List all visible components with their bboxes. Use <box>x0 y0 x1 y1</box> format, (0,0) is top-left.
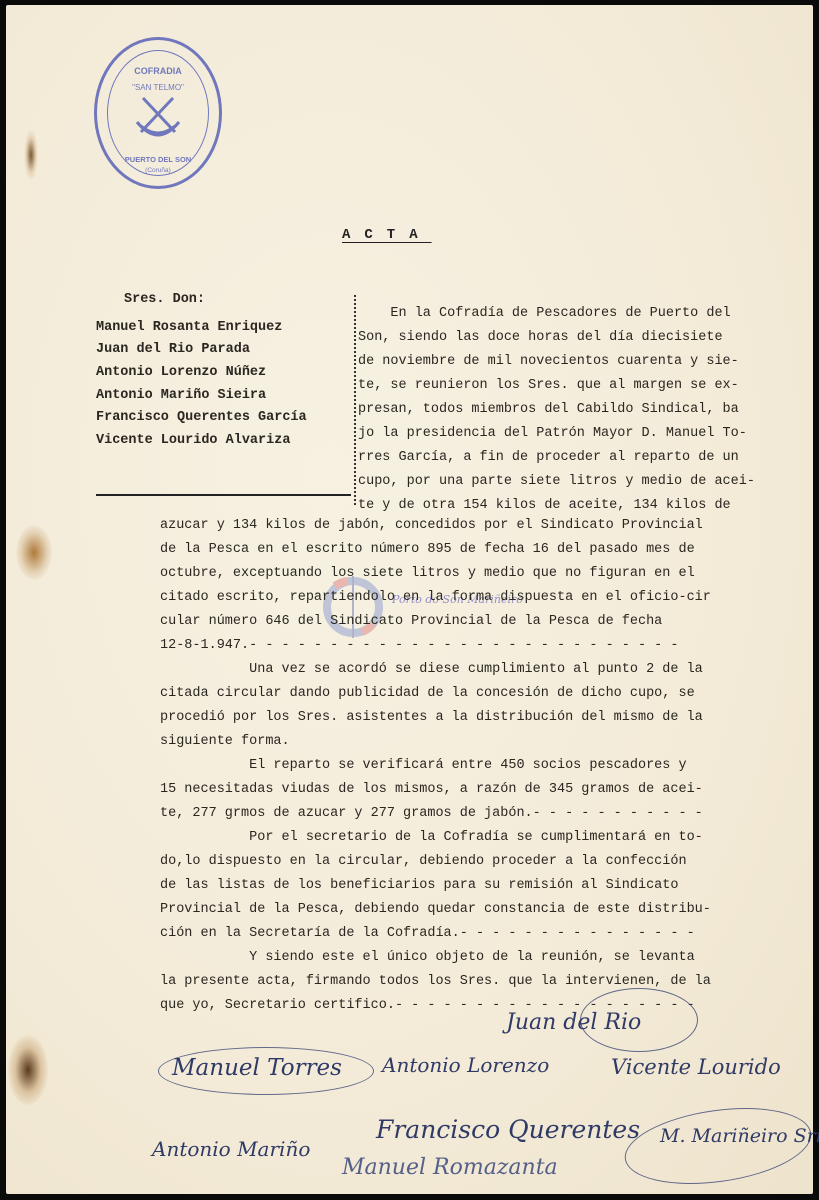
text-line: de la Pesca en el escrito número 895 de … <box>160 543 695 557</box>
signature: Vicente Lourido <box>611 1055 781 1079</box>
document-title: ACTA <box>342 227 432 243</box>
svg-text:PUERTO DEL SON: PUERTO DEL SON <box>125 155 191 164</box>
text-line: 15 necesitadas viudas de los mismos, a r… <box>160 783 703 797</box>
stain-mark <box>8 1035 48 1105</box>
signature: Juan del Rio <box>506 1010 641 1035</box>
stain-mark <box>16 525 52 580</box>
signature: Antonio Lorenzo <box>382 1053 549 1077</box>
text-line: Son, siendo las doce horas del día dieci… <box>358 331 723 345</box>
text-line: te, se reunieron los Sres. que al margen… <box>358 379 739 393</box>
attendee-name: Francisco Querentes García <box>96 411 307 425</box>
text-line: procedió por los Sres. asistentes a la d… <box>160 711 703 725</box>
text-line: jo la presidencia del Patrón Mayor D. Ma… <box>358 427 747 441</box>
text-line: te, 277 grmos de azucar y 277 gramos de … <box>160 807 703 821</box>
svg-text:(Coruña): (Coruña) <box>145 167 171 174</box>
text-line: presan, todos miembros del Cabildo Sindi… <box>358 403 739 417</box>
text-line: En la Cofradía de Pescadores de Puerto d… <box>358 307 731 321</box>
svg-text:"SAN TELMO": "SAN TELMO" <box>132 83 184 92</box>
text-line: do,lo dispuesto en la circular, debiendo… <box>160 855 687 869</box>
text-line: ción en la Secretaría de la Cofradía.- -… <box>160 927 695 941</box>
cofradia-stamp: COFRADIA "SAN TELMO" PUERTO DEL SON (Cor… <box>94 37 222 189</box>
text-line: 12-8-1.947.- - - - - - - - - - - - - - -… <box>160 639 678 653</box>
attendee-name: Vicente Lourido Alvariza <box>96 434 307 448</box>
signature: Manuel Torres <box>172 1055 342 1081</box>
text-line: El reparto se verificará entre 450 socio… <box>160 759 687 773</box>
anchor-lifebuoy-icon <box>318 572 388 642</box>
attendee-name: Antonio Lorenzo Núñez <box>96 366 307 380</box>
text-line: Por el secretario de la Cofradía se cump… <box>160 831 703 845</box>
text-line: cular número 646 del Sindicato Provincia… <box>160 615 662 629</box>
attendee-name: Antonio Mariño Sieira <box>96 389 307 403</box>
text-line: Provincial de la Pesca, debiendo quedar … <box>160 903 711 917</box>
attendees-header: Sres. Don: <box>124 293 307 307</box>
text-line: siguiente forma. <box>160 735 290 749</box>
signature: Antonio Mariño <box>152 1137 310 1161</box>
signature: Francisco Querentes <box>376 1115 640 1144</box>
text-line: rres García, a fin de proceder al repart… <box>358 451 739 465</box>
attendee-divider <box>96 494 351 496</box>
text-line: azucar y 134 kilos de jabón, concedidos … <box>160 519 703 533</box>
attendee-name: Manuel Rosanta Enriquez <box>96 321 307 335</box>
crossed-anchors-icon: COFRADIA "SAN TELMO" PUERTO DEL SON (Cor… <box>97 40 219 186</box>
text-line: citado escrito, repartiendolo en la form… <box>160 591 711 605</box>
attendee-list: Sres. Don: Manuel Rosanta Enriquez Juan … <box>96 293 307 457</box>
text-line: de las listas de los beneficiarios para … <box>160 879 678 893</box>
signature: Manuel Romazanta <box>342 1155 558 1180</box>
text-line: te y de otra 154 kilos de aceite, 134 ki… <box>358 499 731 513</box>
text-line: Una vez se acordó se diese cumplimiento … <box>160 663 703 677</box>
text-line: Y siendo este el único objeto de la reun… <box>160 951 695 965</box>
text-line: cupo, por una parte siete litros y medio… <box>358 475 755 489</box>
text-line: octubre, exceptuando los siete litros y … <box>160 567 695 581</box>
attendee-name: Juan del Rio Parada <box>96 343 307 357</box>
text-line: la presente acta, firmando todos los Sre… <box>160 975 711 989</box>
stain-mark <box>24 130 38 180</box>
signature: M. Mariñeiro Srio. <box>660 1125 819 1147</box>
svg-text:COFRADIA: COFRADIA <box>134 66 182 76</box>
document-page: COFRADIA "SAN TELMO" PUERTO DEL SON (Cor… <box>6 5 813 1194</box>
text-line: de noviembre de mil novecientos cuarenta… <box>358 355 739 369</box>
text-line: citada circular dando publicidad de la c… <box>160 687 695 701</box>
